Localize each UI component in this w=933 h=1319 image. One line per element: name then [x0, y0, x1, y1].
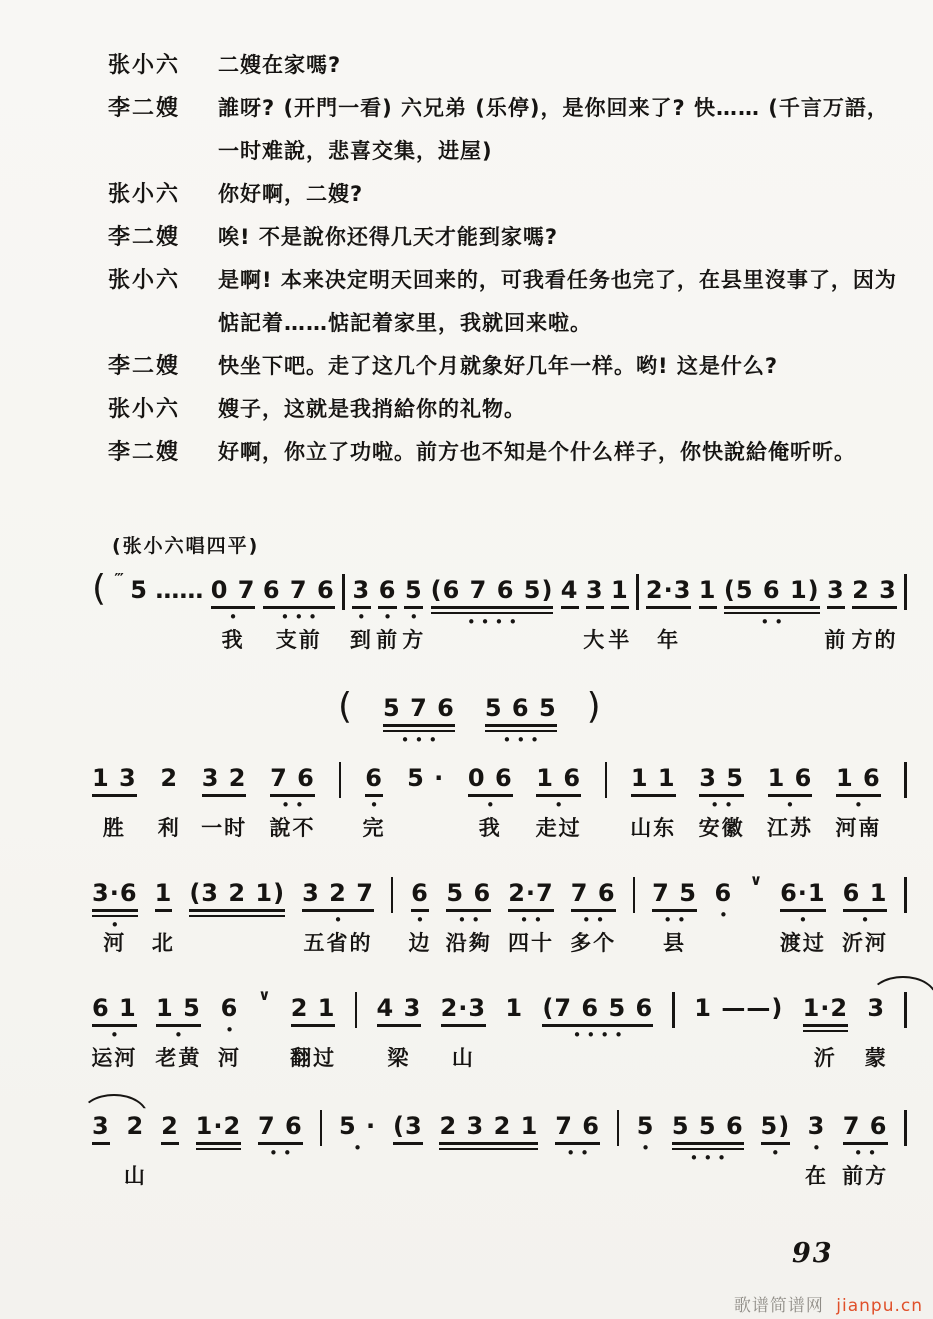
barline [342, 574, 345, 610]
lyric-syllable: 沿夠 [446, 927, 492, 957]
note-numbers: 2 1 [291, 994, 336, 1022]
page-number: 93 [792, 1238, 834, 1269]
beam-line [699, 606, 717, 609]
note-numbers: 1 1 [631, 764, 676, 792]
octave-dots: • [856, 915, 875, 925]
watermark: 歌谱简谱网 jianpu.cn [734, 1291, 923, 1316]
dialogue: 张小六二嫂在家嗎?李二嫂誰呀? (开門一看) 六兄弟 (乐停)，是你回来了? 快… [108, 44, 907, 474]
beam-line [724, 606, 820, 609]
note-numbers: 6 [365, 764, 383, 792]
speaker-name: 李二嫂 [108, 87, 192, 130]
music-system-2: 1 3胜2利3 2一时7 6••說不6•完5 ·0 6•我1 6•走过1 1山东… [92, 764, 907, 868]
octave-dots: • [378, 612, 397, 622]
beam-line [196, 1142, 242, 1145]
note-numbers: ( [338, 690, 353, 724]
dialogue-row: 张小六嫂子，这就是我捎給你的礼物。 [108, 388, 907, 431]
note-group: 3前 [827, 576, 845, 609]
note-group: 5 7 6••• [383, 694, 455, 745]
note-group: 2·3年 [646, 576, 692, 609]
beam-line [672, 1142, 744, 1145]
note-numbers: 3 [827, 576, 845, 604]
note-numbers: 3 [586, 576, 604, 604]
beam-line [196, 1148, 242, 1151]
note-group: 6•前 [378, 576, 397, 622]
lyric-syllable: 前方 [842, 1160, 888, 1190]
lyric-syllable: 山 [124, 1160, 147, 1190]
note-numbers: 0 7 [211, 576, 256, 604]
note-numbers: 1 6 [536, 764, 581, 792]
note-numbers: (5 6 1) [724, 576, 820, 604]
barline [636, 574, 639, 610]
lyric-syllable: 一时 [201, 812, 247, 842]
note-group: 4 3梁 [377, 994, 422, 1027]
note-numbers: ( [92, 572, 107, 606]
watermark-site-url: jianpu.cn [836, 1296, 923, 1316]
lyric-syllable: 胜 [103, 812, 126, 842]
lyric-syllable: 蒙 [865, 1042, 888, 1072]
note-group: 1 1山东 [631, 764, 676, 797]
octave-dots: • [220, 1025, 239, 1035]
note-group: (5 6 1)•• [724, 576, 820, 627]
lyric-syllable: 年 [657, 624, 680, 654]
note-group: 2 3 2 1 [439, 1112, 538, 1150]
note-group: 1北 [155, 879, 173, 912]
beam-line [631, 794, 676, 797]
note-group: 5 ·• [339, 1112, 376, 1153]
note-numbers: 6 7 6 [263, 576, 335, 604]
note-group: 6• [714, 879, 733, 920]
octave-dots: • [105, 1030, 124, 1040]
note-numbers: 1 3 [92, 764, 137, 792]
lyric-syllable: 沂河 [842, 927, 888, 957]
note-numbers: 5 [637, 1112, 655, 1140]
speaker-name: 李二嫂 [108, 216, 192, 259]
note-group: 5• [636, 1112, 655, 1153]
note-numbers: 7 5 [652, 879, 697, 907]
octave-dots: ••• [684, 1153, 731, 1163]
note-group: …… [155, 576, 203, 604]
lyric-syllable: 江苏 [767, 812, 813, 842]
phrase-paren: ) [587, 694, 602, 724]
beam-line [439, 1142, 538, 1145]
phrase-paren: ( [338, 694, 353, 724]
barline [605, 762, 608, 798]
lyric-syllable: 我 [222, 624, 245, 654]
lyric-syllable: 翻过 [290, 1042, 336, 1072]
octave-dots: • [781, 800, 800, 810]
lyric-syllable: 山 [452, 1042, 475, 1072]
note-numbers: 7 6 [571, 879, 616, 907]
note-group: 7 6•• [555, 1112, 600, 1158]
beam-line [611, 606, 629, 609]
octave-dots: •• [515, 915, 548, 925]
speaker-name: 张小六 [108, 44, 192, 87]
note-group: 1 [505, 994, 523, 1022]
lyric-syllable: 方 [402, 624, 425, 654]
note-group: 5 6 5••• [485, 694, 557, 745]
note-group: 6•河 [220, 994, 239, 1035]
beam-line [586, 606, 604, 609]
note-group: 5 5 6••• [672, 1112, 744, 1163]
lyric-syllable: 河 [218, 1042, 241, 1072]
note-group: 3 [92, 1112, 110, 1145]
barline [355, 992, 358, 1028]
octave-dots: • [348, 1143, 367, 1153]
octave-dots: •• [577, 915, 610, 925]
barline [633, 877, 636, 913]
note-group: 1 6•走过 [536, 764, 581, 810]
note-group: 5 6••沿夠 [446, 879, 491, 925]
note-group: 7 5••县 [652, 879, 697, 925]
note-numbers: 1·2 [803, 994, 849, 1022]
note-numbers: 1 6 [768, 764, 813, 792]
note-numbers: 1 [611, 576, 629, 604]
dialogue-text: 嫂子，这就是我捎給你的礼物。 [218, 388, 907, 431]
beam-line [291, 1024, 336, 1027]
dialogue-text: 二嫂在家嗎? [218, 44, 907, 87]
barline [904, 574, 907, 610]
lyric-syllable: 河 [103, 927, 126, 957]
octave-dots: ••• [396, 735, 443, 745]
beam-line [441, 1024, 487, 1027]
beam-line [803, 1030, 849, 1033]
note-numbers: 6 [379, 576, 397, 604]
lyric-syllable: 在 [805, 1160, 828, 1190]
note-group: 2·7••四十 [508, 879, 554, 925]
note-numbers: ‴ [114, 572, 122, 586]
note-numbers: 6·1 [780, 879, 826, 907]
note-group: 5)• [761, 1112, 791, 1158]
note-group: 3大 [586, 576, 604, 609]
lyric-syllable: 四十 [508, 927, 554, 957]
lyric-syllable: 五省的 [304, 927, 373, 957]
octave-dots: •• [658, 915, 691, 925]
note-group: 2·3山 [441, 994, 487, 1027]
octave-dots: • [549, 800, 568, 810]
note-numbers: 5 6 5 [485, 694, 557, 722]
note-group: 7 6••前方 [843, 1112, 888, 1158]
note-group: (3 [393, 1112, 423, 1145]
dialogue-row: 李二嫂快坐下吧。走了这几个月就象好几年一样。哟! 这是什么? [108, 345, 907, 388]
note-numbers: (3 [393, 1112, 423, 1140]
note-group: 2 1翻过 [291, 994, 336, 1027]
note-numbers: 3 [867, 994, 885, 1022]
barline [339, 762, 342, 798]
barline [904, 762, 907, 798]
beam-line [92, 794, 137, 797]
lyric-syllable: 老黄 [155, 1042, 201, 1072]
dialogue-text: 好啊，你立了功啦。前方也不知是个什么样子，你快說給俺听听。 [218, 431, 907, 474]
octave-dots: • [404, 612, 423, 622]
speaker-name: 张小六 [108, 259, 192, 302]
stage-direction: (张小六唱四平) [112, 531, 259, 558]
beam-line [383, 724, 455, 727]
dialogue-text: 快坐下吧。走了这几个月就象好几年一样。哟! 这是什么? [218, 345, 907, 388]
note-numbers: (7 6 5 6 [542, 994, 653, 1022]
dialogue-text: 唉! 不是說你还得几天才能到家嗎? [218, 216, 907, 259]
note-group: 0 6•我 [468, 764, 513, 810]
note-group: 0 7•我 [211, 576, 256, 622]
octave-dots: •• [705, 800, 738, 810]
note-group: 6·1•渡过 [780, 879, 826, 925]
note-group: 7 6•• [258, 1112, 303, 1158]
note-group: 1 6•河南 [836, 764, 881, 810]
speaker-name: 李二嫂 [108, 345, 192, 388]
lyric-syllable: 沂 [814, 1042, 837, 1072]
barline [904, 1110, 907, 1146]
note-group: (7 6 5 6•••• [542, 994, 653, 1040]
note-numbers: 0 6 [468, 764, 513, 792]
lyric-syllable: 山东 [630, 812, 676, 842]
note-numbers: 1 ——) [694, 994, 783, 1022]
speaker-name: 李二嫂 [108, 431, 192, 474]
watermark-site-name: 歌谱简谱网 [734, 1296, 824, 1316]
music-system-3: 3·6•河1北(3 2 1)3 2 7•五省的6•边5 6••沿夠2·7••四十… [92, 879, 907, 983]
note-numbers: 2·3 [646, 576, 692, 604]
dialogue-text: 是啊! 本来决定明天回来的，可我看任务也完了，在县里沒事了，因为惦記着……惦記着… [218, 259, 907, 345]
beam-line [92, 1142, 110, 1145]
note-group: 6 1•运河 [92, 994, 137, 1040]
lyric-syllable: 說不 [269, 812, 315, 842]
note-group: 3 2一时 [202, 764, 247, 797]
lyric-syllable: 梁 [387, 1042, 410, 1072]
note-numbers: 7 6 [555, 1112, 600, 1140]
octave-dots: •• [849, 1148, 882, 1158]
note-group: 6 1•沂河 [843, 879, 888, 925]
note-group: 7 6••說不 [270, 764, 315, 810]
octave-dots: • [329, 915, 348, 925]
tremolo-mark: ‴ [114, 576, 122, 586]
lyric-syllable: 边 [408, 927, 431, 957]
note-group: 1 ——) [694, 994, 783, 1022]
note-group: 5•方 [404, 576, 423, 622]
beam-line [393, 1142, 423, 1145]
note-numbers: 2·3 [441, 994, 487, 1022]
beam-line [852, 606, 897, 609]
note-numbers: 5 [405, 576, 423, 604]
note-group: 1 5•老黄 [156, 994, 201, 1040]
note-numbers: 1 5 [156, 994, 201, 1022]
breath-mark: ∨ [258, 994, 271, 1002]
beam-line [161, 1142, 179, 1145]
note-numbers: 2 [160, 764, 178, 792]
octave-dots: •• [264, 1148, 297, 1158]
dialogue-row: 李二嫂好啊，你立了功啦。前方也不知是个什么样子，你快說給俺听听。 [108, 431, 907, 474]
beam-line [803, 1024, 849, 1027]
dialogue-row: 张小六二嫂在家嗎? [108, 44, 907, 87]
note-numbers: 1 6 [836, 764, 881, 792]
note-numbers: 3 2 7 [302, 879, 374, 907]
barline [391, 877, 394, 913]
octave-dots: • [481, 800, 500, 810]
note-group: 7 6••多个 [571, 879, 616, 925]
lyric-syllable: 利 [158, 812, 181, 842]
note-numbers: 5 7 6 [383, 694, 455, 722]
note-group: 3蒙 [867, 994, 885, 1022]
barline [617, 1110, 620, 1146]
octave-dots: •• [755, 617, 788, 627]
beam-line [377, 1024, 422, 1027]
note-numbers: (6 7 6 5) [431, 576, 554, 604]
note-numbers: 1 [505, 994, 523, 1022]
note-numbers: 1 [699, 576, 717, 604]
note-numbers: 5 6 [446, 879, 491, 907]
note-group: 3•在 [807, 1112, 826, 1153]
octave-dots: • [849, 800, 868, 810]
octave-dots: • [169, 1030, 188, 1040]
note-numbers: 1·2 [196, 1112, 242, 1140]
note-numbers: 2 3 2 1 [439, 1112, 538, 1140]
note-numbers: 5 5 6 [672, 1112, 744, 1140]
note-numbers: 5 [130, 576, 148, 604]
note-group: 3 2 7•五省的 [302, 879, 374, 925]
octave-dots: •• [452, 915, 485, 925]
note-numbers: ∨ [750, 873, 763, 887]
note-group: (3 2 1) [189, 879, 285, 917]
breath-mark: ∨ [750, 879, 763, 887]
beam-line [485, 724, 557, 727]
note-numbers: 4 3 [377, 994, 422, 1022]
note-numbers: 6 1 [843, 879, 888, 907]
beam-line [561, 606, 579, 609]
scanned-score-page: 张小六二嫂在家嗎?李二嫂誰呀? (开門一看) 六兄弟 (乐停)，是你回来了? 快… [0, 0, 933, 1319]
octave-dots: • [352, 612, 371, 622]
note-group: 3•到 [352, 576, 371, 622]
lyric-syllable: 县 [663, 927, 686, 957]
octave-dots: • [411, 915, 430, 925]
note-group: 1半 [611, 576, 629, 609]
beam-line [202, 794, 247, 797]
note-numbers: 1 [155, 879, 173, 907]
note-group: 1 3胜 [92, 764, 137, 797]
note-numbers: ∨ [258, 988, 271, 1002]
note-numbers: 3 2 [202, 764, 247, 792]
note-numbers: 7 6 [270, 764, 315, 792]
note-numbers: 6 [411, 879, 429, 907]
speaker-name: 张小六 [108, 388, 192, 431]
note-numbers: 3·6 [92, 879, 138, 907]
lyric-syllable: 前 [824, 624, 847, 654]
barline [320, 1110, 323, 1146]
note-numbers: (3 2 1) [189, 879, 285, 907]
barline [672, 992, 675, 1028]
note-group: 1 6•江苏 [768, 764, 813, 810]
phrase-paren: ( [92, 576, 107, 606]
octave-dots: •• [561, 1148, 594, 1158]
beam-line [827, 606, 845, 609]
note-group: 5 · [407, 764, 444, 792]
dialogue-row: 李二嫂誰呀? (开門一看) 六兄弟 (乐停)，是你回来了? 快…… (千言万語，… [108, 87, 907, 173]
note-numbers: 7 6 [843, 1112, 888, 1140]
note-group: 4 [561, 576, 579, 609]
note-group: (6 7 6 5)•••• [431, 576, 554, 627]
note-numbers: 2 3 [852, 576, 897, 604]
octave-dots: •• [276, 800, 309, 810]
lyric-syllable: 支前 [276, 624, 322, 654]
note-numbers: 6 1 [92, 994, 137, 1022]
note-numbers: ) [587, 690, 602, 724]
note-numbers: 3 [808, 1112, 826, 1140]
note-numbers: 5 · [407, 764, 444, 792]
octave-dots: • [807, 1143, 826, 1153]
beam-line [189, 909, 285, 912]
octave-dots: • [636, 1143, 655, 1153]
lyric-syllable: 多个 [570, 927, 616, 957]
note-group: 6 7 6•••支前 [263, 576, 335, 622]
beam-line [646, 606, 692, 609]
dialogue-text: 誰呀? (开門一看) 六兄弟 (乐停)，是你回来了? 快…… (千言万語，一时难… [218, 87, 907, 173]
note-numbers: …… [155, 576, 203, 604]
note-group: 6•边 [411, 879, 430, 925]
lyric-syllable: 走过 [536, 812, 582, 842]
note-numbers: 4 [561, 576, 579, 604]
octave-dots: • [365, 800, 384, 810]
octave-dots: ••• [497, 735, 544, 745]
beam-line [92, 909, 138, 912]
lyric-syllable: 大 [583, 624, 606, 654]
octave-dots: • [766, 1148, 785, 1158]
music-system-1: (‴5……0 7•我6 7 6•••支前3•到6•前5•方(6 7 6 5)••… [92, 576, 907, 680]
lyric-syllable: 到 [350, 624, 373, 654]
speaker-name: 张小六 [108, 173, 192, 216]
note-numbers: 6 [715, 879, 733, 907]
lyric-syllable: 完 [363, 812, 386, 842]
beam-line [439, 1148, 538, 1151]
octave-dots: • [714, 910, 733, 920]
note-numbers: 3 [92, 1112, 110, 1140]
barline [904, 877, 907, 913]
note-group: 1 [699, 576, 717, 609]
note-group: 2 3方的 [852, 576, 897, 609]
note-group: 2山 [127, 1112, 145, 1140]
note-numbers: 2·7 [508, 879, 554, 907]
note-numbers: 5 · [339, 1112, 376, 1140]
note-group: 1·2沂 [803, 994, 849, 1032]
music-system-5: 32山21·27 6••5 ·•(32 3 2 17 6••5•5 5 6•••… [92, 1112, 907, 1216]
lyric-syllable: 我 [479, 812, 502, 842]
lyric-syllable: 安徽 [699, 812, 745, 842]
dialogue-row: 张小六是啊! 本来决定明天回来的，可我看任务也完了，在县里沒事了，因为惦記着……… [108, 259, 907, 345]
note-numbers: 2 [161, 1112, 179, 1140]
note-group: 3·6•河 [92, 879, 138, 930]
octave-dots: •••• [462, 617, 522, 627]
note-group: 5 [130, 576, 148, 604]
octave-dots: • [793, 915, 812, 925]
note-group: 1·2 [196, 1112, 242, 1150]
note-group: 2 [161, 1112, 179, 1145]
octave-dots: ••• [275, 612, 322, 622]
dialogue-row: 李二嫂唉! 不是說你还得几天才能到家嗎? [108, 216, 907, 259]
note-numbers: 2 [127, 1112, 145, 1140]
lyric-syllable: 渡过 [780, 927, 826, 957]
note-numbers: 7 6 [258, 1112, 303, 1140]
octave-dots: • [224, 612, 243, 622]
note-numbers: 5) [761, 1112, 791, 1140]
note-numbers: 3 5 [699, 764, 744, 792]
lyric-syllable: 运河 [91, 1042, 137, 1072]
lyric-syllable: 北 [152, 927, 175, 957]
note-group: 6•完 [365, 764, 384, 810]
note-group: 2利 [160, 764, 178, 792]
beam-line [189, 915, 285, 918]
note-numbers: 6 [221, 994, 239, 1022]
note-group: 3 5••安徽 [699, 764, 744, 810]
lyric-syllable: 方的 [851, 624, 897, 654]
octave-dots: •••• [568, 1030, 628, 1040]
lyric-syllable: 半 [608, 624, 631, 654]
music-system-4: 6 1•运河1 5•老黄6•河∨2 1翻过4 3梁2·3山1(7 6 5 6••… [92, 994, 907, 1098]
lyric-syllable: 前 [376, 624, 399, 654]
